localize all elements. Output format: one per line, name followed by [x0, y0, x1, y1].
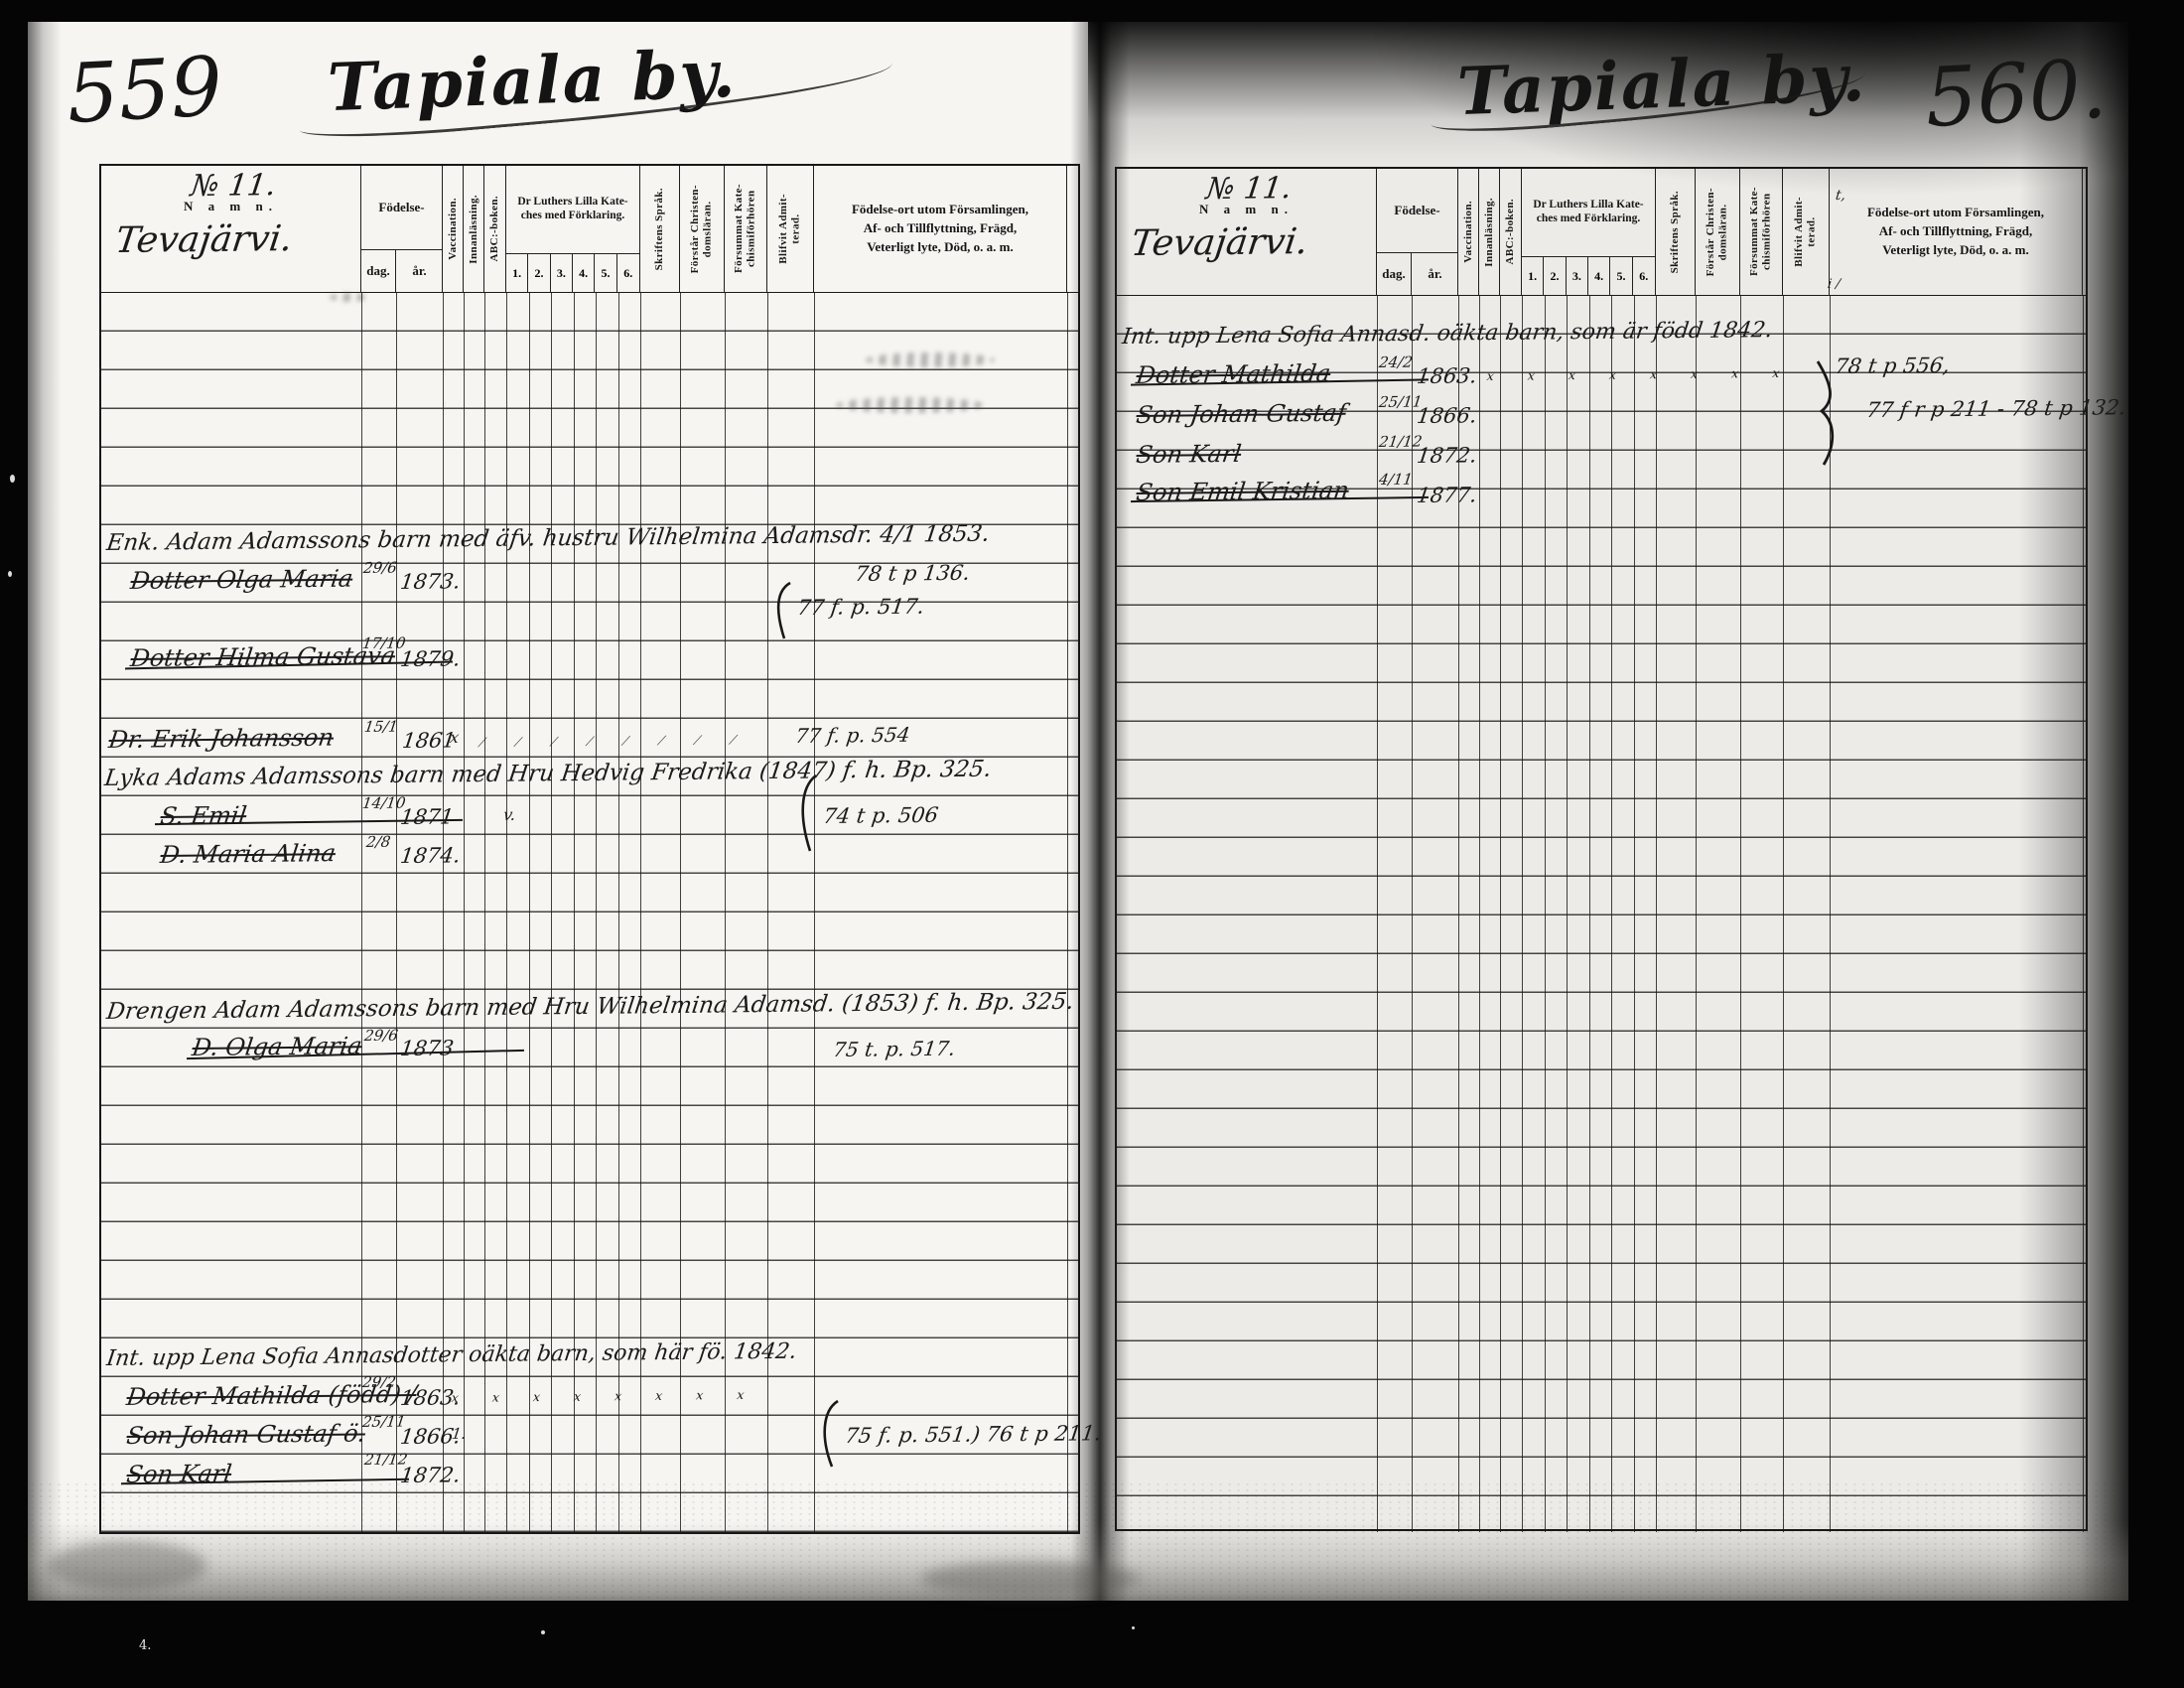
column-rule [1740, 296, 1741, 1532]
catechism-subcolumns: 1. 2. 3. 4. 5. 6. [506, 254, 639, 292]
catechism-col-5: 5. [1610, 257, 1632, 295]
page-reference-note: 78 t p 136. [854, 562, 971, 585]
column-rule [529, 293, 530, 1532]
record-table-right: № 11. N a m n. Tevajärvi. Födelse- dag. … [1115, 167, 2088, 1531]
page-reference-note: 77 f. p. 517. [796, 596, 925, 619]
birth-year: 1863. [1416, 364, 1478, 387]
birth-day: 14/10 [361, 796, 406, 812]
column-rule [506, 293, 507, 1532]
column-margin [2083, 169, 2086, 295]
column-rule [618, 293, 619, 1532]
family-head-entry: Enk. Adam Adamssons barn med äfv. hustru… [105, 522, 991, 555]
person-name: Son Karl [1135, 442, 1243, 468]
column-rule [1656, 296, 1657, 1532]
village-name: Tevajärvi. [1129, 220, 1382, 264]
column-remarks: Födelse-ort utom Församlingen, Af- och T… [814, 166, 1067, 292]
person-name: Dr. Erik Johansson [107, 726, 336, 754]
column-abc-book: ABC:-boken. [1500, 169, 1522, 295]
household-number: № 11. [1117, 170, 1381, 208]
column-understands-doctrine: Förstår Christen- domsläran. [680, 166, 725, 292]
column-scripture-language: Skriftens Språk. [1656, 169, 1696, 295]
birth-label: Födelse- [361, 166, 442, 250]
catechism-col-6: 6. [1633, 257, 1655, 295]
birth-year: 1872. [1416, 444, 1478, 467]
catechism-col-1: 1. [1522, 257, 1544, 295]
column-rule [484, 293, 485, 1532]
catechism-col-1: 1. [506, 254, 528, 292]
birth-day: 21/12 [1378, 435, 1423, 451]
birth-year-label: år. [1412, 253, 1458, 295]
page-reference-note: 75 t. p. 517. [832, 1039, 957, 1060]
column-rule [1567, 296, 1568, 1532]
birth-year: 1866. [1416, 404, 1478, 427]
household-number: № 11. [101, 167, 365, 205]
birth-year-label: år. [396, 250, 443, 292]
birth-day: 25/11 [1378, 395, 1423, 411]
column-rule [767, 293, 768, 1532]
column-rule [2083, 296, 2084, 1532]
column-rule [640, 293, 641, 1532]
catechism-col-5: 5. [595, 254, 616, 292]
dust-speck [541, 1630, 545, 1634]
column-rule [1783, 296, 1784, 1532]
birth-year: 1874. [399, 844, 462, 867]
page-number-left: 559 [65, 40, 224, 142]
family-head-entry: Int. upp Lena Sofia Annasdotter oäkta ba… [105, 1340, 798, 1370]
column-missed-examinations: Försummat Kate- chismiförhören [725, 166, 767, 292]
birth-year: 1879. [399, 647, 462, 670]
page-reference-note: 75 f. p. 551.) 76 t p 211. [844, 1422, 1103, 1447]
reference-brace [772, 581, 794, 640]
column-rule [1589, 296, 1590, 1532]
column-understands-doctrine: Förstår Christen- domsläran. [1696, 169, 1740, 295]
catechism-subcolumns: 1. 2. 3. 4. 5. 6. [1522, 257, 1655, 295]
village-name: Tevajärvi. [113, 217, 366, 261]
column-abc-book: ABC:-boken. [484, 166, 506, 292]
birth-day: 15/1 [363, 720, 399, 736]
stray-ink-mark: i / [1827, 278, 1841, 292]
birth-day: 4/11 [1378, 473, 1414, 489]
column-rule [1479, 296, 1480, 1532]
column-name: № 11. N a m n. Tevajärvi. [1117, 169, 1377, 295]
catechism-col-3: 3. [551, 254, 573, 292]
catechism-marks: x x x x x x x x [451, 1388, 759, 1404]
stray-ink-mark: t, [1835, 189, 1846, 204]
birth-day: 29/6 [363, 1029, 399, 1045]
column-rule [574, 293, 575, 1532]
column-admitted: Blifvit Admit- terad. [767, 166, 814, 292]
page-reference-note: 78 t p 556, [1834, 354, 1951, 377]
birth-label: Födelse- [1377, 169, 1457, 253]
column-rule [551, 293, 552, 1532]
catechism-col-4: 4. [573, 254, 595, 292]
page-number-right: 560. [1923, 43, 2109, 146]
stain [921, 1561, 1140, 1597]
birth-day-label: dag. [1377, 253, 1412, 295]
table-header: № 11. N a m n. Tevajärvi. Födelse- dag. … [101, 166, 1078, 293]
birth-day: 2/8 [365, 835, 391, 851]
person-name: S. Emil [159, 803, 248, 829]
birth-day-label: dag. [361, 250, 396, 292]
column-catechism: Dr Luthers Lilla Kate- ches med Förklari… [1522, 169, 1656, 295]
column-rule [725, 293, 726, 1532]
column-rule [1545, 296, 1546, 1532]
column-rule [464, 293, 465, 1532]
column-rule [1611, 296, 1612, 1532]
birth-year: 1871 [399, 805, 455, 828]
column-scripture-language: Skriftens Språk. [640, 166, 680, 292]
column-rule [396, 293, 397, 1532]
catechism-col-3: 3. [1567, 257, 1588, 295]
person-name: Son Johan Gustaf ö. [125, 1421, 367, 1449]
column-rule [443, 293, 444, 1532]
person-name: Son Johan Gustaf [1135, 401, 1347, 428]
stain [48, 1541, 206, 1591]
reference-brace [796, 774, 820, 853]
column-rule [1500, 296, 1501, 1532]
page-reference-note: 77 f. p. 554 [794, 725, 911, 747]
catechism-marks: ⁄ ⁄ ⁄ ⁄ ⁄ ⁄ ⁄ ⁄ [480, 733, 751, 749]
vaccination-mark: x [449, 730, 460, 747]
page-reference-note: 74 t p. 506 [822, 804, 939, 827]
note-mark: v. [502, 807, 516, 824]
person-name: Dotter Olga Maria [129, 567, 354, 595]
ink-specks [330, 293, 369, 302]
birth-day: 17/10 [361, 636, 406, 652]
column-rule [1377, 296, 1378, 1532]
birth-day: 25/11 [361, 1415, 406, 1431]
faint-pencil-note [866, 352, 995, 367]
faint-pencil-note [836, 397, 985, 413]
binding-shadow-left [28, 22, 62, 1601]
dust-speck [8, 571, 12, 577]
column-vaccination: Vaccination. [443, 166, 464, 292]
column-reading: Innanläsning. [464, 166, 484, 292]
column-rule [361, 293, 362, 1532]
birth-year: 1873. [399, 570, 462, 593]
column-rule [1634, 296, 1635, 1532]
column-rule [1830, 296, 1831, 1532]
column-admitted: Blifvit Admit- terad. [1783, 169, 1830, 295]
record-table-left: № 11. N a m n. Tevajärvi. Födelse- dag. … [99, 164, 1080, 1534]
catechism-marks: x x x x x x x x [1486, 366, 1795, 382]
catechism-col-2: 2. [528, 254, 550, 292]
catechism-label: Dr Luthers Lilla Kate- ches med Förklari… [1522, 169, 1655, 257]
birth-day: 29/2 [361, 1375, 397, 1391]
column-reading: Innanläsning. [1479, 169, 1500, 295]
corner-pencil-mark: 4. [139, 1638, 151, 1653]
column-vaccination: Vaccination. [1458, 169, 1479, 295]
birth-year: 1873 [399, 1037, 455, 1059]
column-rule [1412, 296, 1413, 1532]
column-rule [1696, 296, 1697, 1532]
catechism-label: Dr Luthers Lilla Kate- ches med Förklari… [506, 166, 639, 254]
family-head-entry: Lyka Adams Adamssons barn med Hru Hedvig… [103, 758, 993, 790]
column-rule [1067, 293, 1068, 1532]
column-birth: Födelse- dag. år. [361, 166, 443, 292]
table-body: Enk. Adam Adamssons barn med äfv. hustru… [101, 293, 1078, 1532]
column-rule [596, 293, 597, 1532]
column-birth: Födelse- dag. år. [1377, 169, 1458, 295]
family-head-entry: Drengen Adam Adamssons barn med Hru Wilh… [105, 990, 1075, 1024]
reference-brace [1814, 359, 1840, 467]
reference-brace [818, 1399, 842, 1469]
column-catechism: Dr Luthers Lilla Kate- ches med Förklari… [506, 166, 640, 292]
table-header: № 11. N a m n. Tevajärvi. Födelse- dag. … [1117, 169, 2086, 296]
person-name: D. Maria Alina [159, 841, 338, 868]
dust-speck [10, 475, 15, 483]
column-missed-examinations: Försummat Kate- chismiförhören [1740, 169, 1783, 295]
page-reference-note: 77 f r p 211 - 78 t p 132. [1865, 396, 2127, 421]
birth-year: 1872. [399, 1464, 462, 1486]
birth-day: 24/2 [1378, 355, 1414, 371]
column-rule [814, 293, 815, 1532]
column-rule [1522, 296, 1523, 1532]
column-rule [1458, 296, 1459, 1532]
book-scan: 559 Tapiala by. № 11. N a m n. Tevajärvi… [0, 0, 2184, 1688]
family-head-entry: Int. upp Lena Sofia Annasd. oäkta barn, … [1121, 319, 1774, 349]
column-rule [680, 293, 681, 1532]
catechism-col-4: 4. [1588, 257, 1610, 295]
catechism-col-2: 2. [1544, 257, 1566, 295]
column-margin [1067, 166, 1078, 292]
column-remarks: Födelse-ort utom Församlingen, Af- och T… [1830, 169, 2083, 295]
dust-speck [1132, 1626, 1135, 1629]
table-body: Int. upp Lena Sofia Annasd. oäkta barn, … [1117, 296, 2086, 1532]
catechism-col-6: 6. [617, 254, 639, 292]
column-name: № 11. N a m n. Tevajärvi. [101, 166, 361, 292]
birth-year: 1877. [1416, 484, 1478, 506]
birth-day: 29/6 [362, 561, 398, 577]
